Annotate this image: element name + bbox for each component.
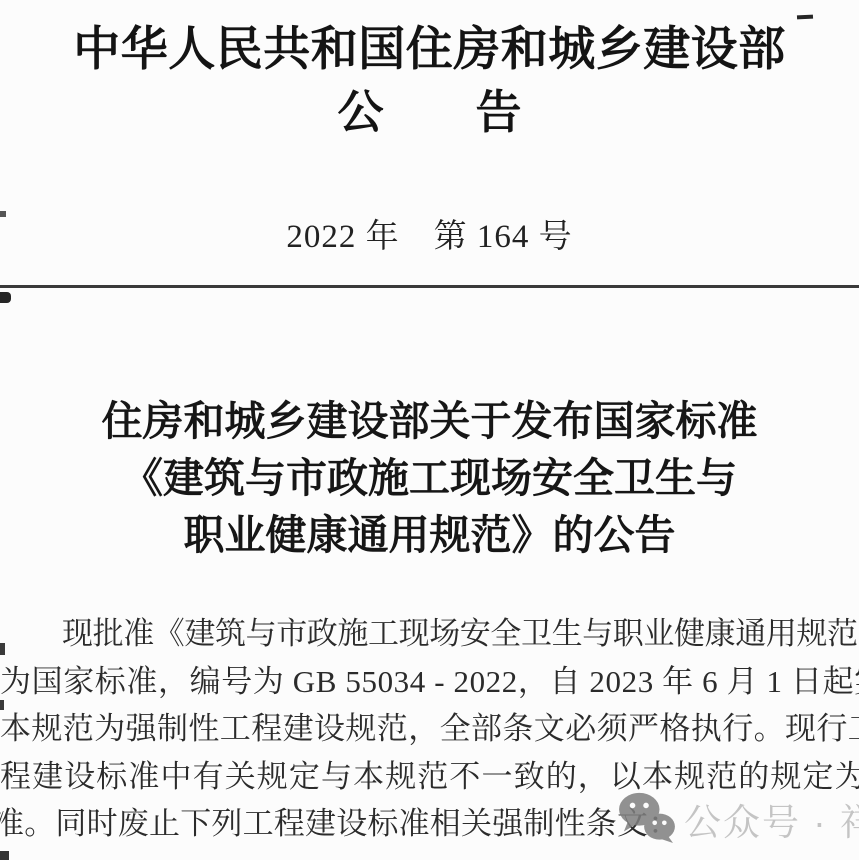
notice-title: 住房和城乡建设部关于发布国家标准 《建筑与市政施工现场安全卫生与 职业健康通用规… [0, 393, 859, 564]
scan-artifact [797, 15, 813, 20]
body-line: 为国家标准，编号为 GB 55034 - 2022，自 2023 年 6 月 1… [0, 658, 859, 706]
scan-artifact [0, 292, 11, 303]
issue-number: 2022 年 第 164 号 [0, 217, 859, 257]
notice-body: 现批准《建筑与市政施工现场安全卫生与职业健康通用规范 为国家标准，编号为 GB … [0, 610, 859, 860]
body-line: 现批准《建筑与市政施工现场安全卫生与职业健康通用规范 [0, 610, 859, 658]
notice-title-line: 《建筑与市政施工现场安全卫生与 [0, 450, 859, 507]
scan-artifact [0, 211, 6, 217]
body-line: 程建设标准中有关规定与本规范不一致的，以本规范的规定为 [0, 753, 859, 801]
scan-artifact [0, 851, 9, 860]
announcement-heading: 公 告 [0, 87, 859, 139]
ministry-title: 中华人民共和国住房和城乡建设部 [0, 22, 859, 78]
announcement-document-page: 中华人民共和国住房和城乡建设部 公 告 2022 年 第 164 号 住房和城乡… [0, 0, 859, 860]
body-line: 准。同时废止下列工程建设标准相关强制性条文： [0, 800, 859, 848]
notice-title-line: 住房和城乡建设部关于发布国家标准 [0, 393, 859, 450]
divider-rule [0, 285, 859, 288]
body-line: 本规范为强制性工程建设规范，全部条文必须严格执行。现行工 [0, 705, 859, 753]
scan-artifact [0, 700, 4, 710]
notice-title-line: 职业健康通用规范》的公告 [0, 507, 859, 564]
scan-artifact [0, 643, 5, 655]
